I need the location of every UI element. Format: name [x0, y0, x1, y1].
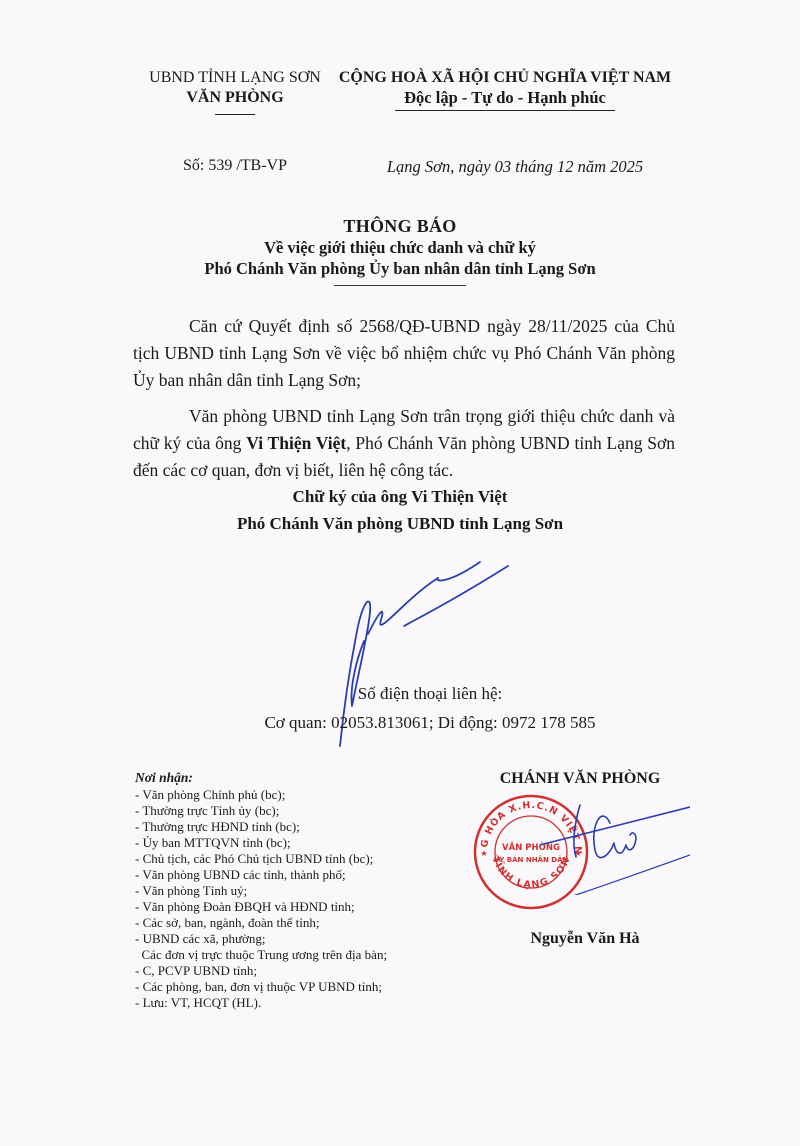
national-motto: Độc lập - Tự do - Hạnh phúc [335, 88, 675, 108]
contact-block: Số điện thoại liên hệ: Cơ quan: 02053.81… [230, 679, 630, 737]
recipient-item: - Văn phòng Chính phủ (bc); [135, 787, 475, 803]
recipients-label: Nơi nhận: [135, 770, 475, 786]
agency-underline [215, 114, 255, 115]
recipient-item: - Thường trực HĐND tỉnh (bc); [135, 819, 475, 835]
agency-name: UBND TỈNH LẠNG SƠN [130, 68, 340, 88]
recipient-item: - Ủy ban MTTQVN tỉnh (bc); [135, 835, 475, 851]
recipient-item: - C, PCVP UBND tỉnh; [135, 963, 475, 979]
recipient-item: - Văn phòng Đoàn ĐBQH và HĐND tỉnh; [135, 899, 475, 915]
signature-sample-line-1: Chữ ký của ông Vi Thiện Việt [130, 483, 670, 510]
recipient-item: - Lưu: VT, HCQT (HL). [135, 995, 475, 1011]
contact-numbers: Cơ quan: 02053.813061; Di động: 0972 178… [230, 708, 630, 737]
document-title-block: THÔNG BÁO Về việc giới thiệu chức danh v… [130, 215, 670, 286]
place-date: Lạng Sơn, ngày 03 tháng 12 năm 2025 [345, 157, 685, 177]
signer-name: Nguyễn Văn Hà [480, 930, 690, 948]
recipients-list: - Văn phòng Chính phủ (bc); - Thường trự… [135, 787, 475, 1011]
document-body: Căn cứ Quyết định số 2568/QĐ-UBND ngày 2… [133, 313, 675, 493]
recipient-item: - Chủ tịch, các Phó Chủ tịch UBND tỉnh (… [135, 851, 475, 867]
introduced-person-name: Vi Thiện Việt [246, 433, 346, 453]
motto-underline [395, 110, 615, 111]
recipient-item: - Thường trực Tỉnh ủy (bc); [135, 803, 475, 819]
body-paragraph-legal-basis: Căn cứ Quyết định số 2568/QĐ-UBND ngày 2… [133, 313, 675, 394]
national-heading-block: CỘNG HOÀ XÃ HỘI CHỦ NGHĨA VIỆT NAM Độc l… [335, 68, 675, 111]
recipients-block: Nơi nhận: - Văn phòng Chính phủ (bc); - … [135, 770, 475, 1011]
recipient-item: - Các phòng, ban, đơn vị thuộc VP UBND t… [135, 979, 475, 995]
document-subject-line-1: Về việc giới thiệu chức danh và chữ ký [130, 237, 670, 258]
title-underline [334, 285, 466, 286]
issuing-agency-block: UBND TỈNH LẠNG SƠN VĂN PHÒNG [130, 68, 340, 115]
office-name: VĂN PHÒNG [130, 88, 340, 108]
recipient-item: - Các sở, ban, ngành, đoàn thể tỉnh; [135, 915, 475, 931]
seal-star-left: ★ [480, 849, 487, 858]
recipient-item: Các đơn vị trực thuộc Trung ương trên đị… [135, 947, 475, 963]
document-title: THÔNG BÁO [130, 215, 670, 237]
nation-name: CỘNG HOÀ XÃ HỘI CHỦ NGHĨA VIỆT NAM [335, 68, 675, 88]
document-subject-line-2: Phó Chánh Văn phòng Ủy ban nhân dân tỉnh… [130, 258, 670, 279]
recipient-item: - UBND các xã, phường; [135, 931, 475, 947]
recipient-item: - Văn phòng Tỉnh uỷ; [135, 883, 475, 899]
body-paragraph-introduction: Văn phòng UBND tỉnh Lạng Sơn trân trọng … [133, 403, 675, 484]
signature-sample-heading: Chữ ký của ông Vi Thiện Việt Phó Chánh V… [130, 483, 670, 537]
signature-sample-line-2: Phó Chánh Văn phòng UBND tỉnh Lạng Sơn [130, 510, 670, 537]
document-number: Số: 539 /TB-VP [130, 157, 340, 175]
contact-label: Số điện thoại liên hệ: [230, 679, 630, 708]
signer-title: CHÁNH VĂN PHÒNG [470, 770, 690, 788]
recipient-item: - Văn phòng UBND các tỉnh, thành phố; [135, 867, 475, 883]
chief-signature-image [540, 795, 690, 895]
